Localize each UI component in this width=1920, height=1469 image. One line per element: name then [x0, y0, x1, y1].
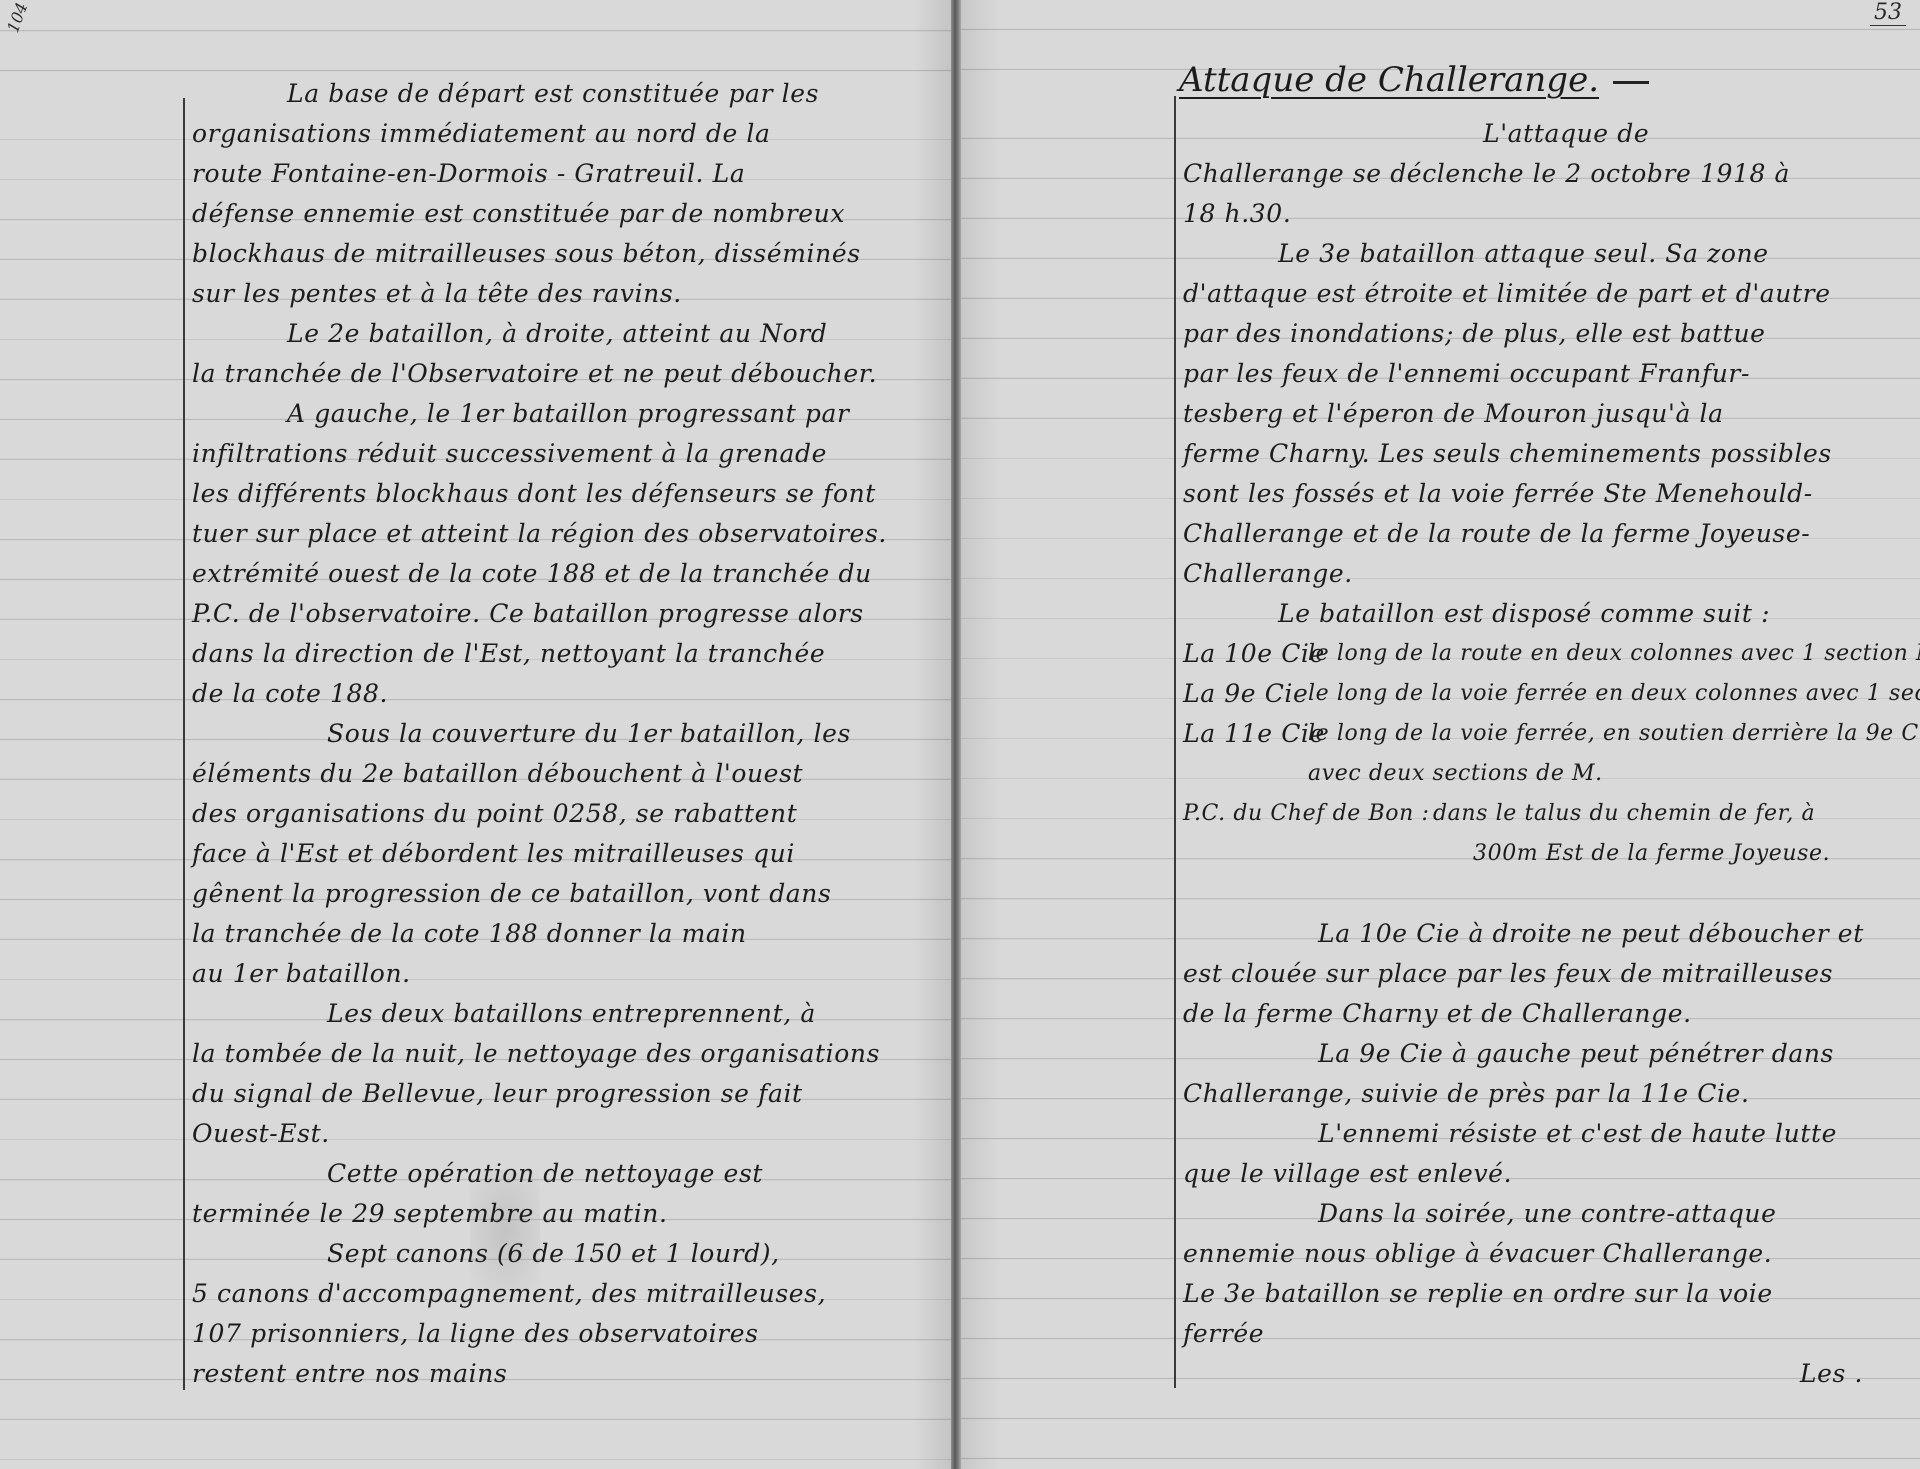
text-line: Le bataillon est disposé comme suit : — [1183, 594, 1903, 634]
text-line: que le village est enlevé. — [1183, 1154, 1903, 1194]
disposition-row: avec deux sections de M. — [1183, 754, 1903, 794]
text-line: ennemie nous oblige à évacuer Challerang… — [1183, 1234, 1903, 1274]
disposition-row: La 11e Ciele long de la voie ferrée, en … — [1183, 714, 1903, 754]
text-line: est clouée sur place par les feux de mit… — [1183, 954, 1903, 994]
disposition-row: La 9e Ciele long de la voie ferrée en de… — [1183, 674, 1903, 714]
text-line: de la cote 188. — [192, 674, 932, 714]
text-line: Le 2e bataillon, à droite, atteint au No… — [192, 314, 932, 354]
text-line: blockhaus de mitrailleuses sous béton, d… — [192, 234, 932, 274]
text-line: Cette opération de nettoyage est — [192, 1154, 932, 1194]
text-line: La 9e Cie à gauche peut pénétrer dans — [1183, 1034, 1903, 1074]
text-line: restent entre nos mains — [192, 1354, 932, 1394]
disposition-list: La 10e Ciele long de la route en deux co… — [1183, 634, 1903, 794]
text-line: tesberg et l'éperon de Mouron jusqu'à la — [1183, 394, 1903, 434]
text-line: la tranchée de l'Observatoire et ne peut… — [192, 354, 932, 394]
text-line: d'attaque est étroite et limitée de part… — [1183, 274, 1903, 314]
text-line: L'attaque de — [1183, 114, 1903, 154]
text-line: Ouest-Est. — [192, 1114, 932, 1154]
text-line — [1183, 874, 1903, 914]
text-line: Challerange, suivie de près par la 11e C… — [1183, 1074, 1903, 1114]
text-line: Challerange se déclenche le 2 octobre 19… — [1183, 154, 1903, 194]
text-line: route Fontaine-en-Dormois - Gratreuil. L… — [192, 154, 932, 194]
text-line: ferrée — [1183, 1314, 1903, 1354]
text-line: de la ferme Charny et de Challerange. — [1183, 994, 1903, 1034]
text-line: ferme Charny. Les seuls cheminements pos… — [1183, 434, 1903, 474]
pc-distance: 300m Est de la ferme Joyeuse. — [1433, 834, 1903, 874]
text-line: dans la direction de l'Est, nettoyant la… — [192, 634, 932, 674]
text-line: la tranchée de la cote 188 donner la mai… — [192, 914, 932, 954]
company-position: le long de la voie ferrée en deux colonn… — [1308, 674, 1920, 714]
text-line: 107 prisonniers, la ligne des observatoi… — [192, 1314, 932, 1354]
text-line: La base de départ est constituée par les — [192, 74, 932, 114]
text-line: au 1er bataillon. — [192, 954, 932, 994]
company-label: La 9e Cie — [1183, 674, 1308, 714]
text-line: La 10e Cie à droite ne peut déboucher et — [1183, 914, 1903, 954]
company-label: La 10e Cie — [1183, 634, 1308, 674]
margin-line — [183, 98, 185, 1390]
text-line: des organisations du point 0258, se raba… — [192, 794, 932, 834]
pc-row: 300m Est de la ferme Joyeuse. — [1183, 834, 1903, 874]
text-line: Challerange. — [1183, 554, 1903, 594]
text-line: sur les pentes et à la tête des ravins. — [192, 274, 932, 314]
text-line: infiltrations réduit successivement à la… — [192, 434, 932, 474]
text-line: Sous la couverture du 1er bataillon, les — [192, 714, 932, 754]
text-line: la tombée de la nuit, le nettoyage des o… — [192, 1034, 932, 1074]
text-line: Sept canons (6 de 150 et 1 lourd), — [192, 1234, 932, 1274]
handwritten-text: L'attaque deChallerange se déclenche le … — [1183, 114, 1903, 1394]
text-line: extrémité ouest de la cote 188 et de la … — [192, 554, 932, 594]
text-line: Dans la soirée, une contre-attaque — [1183, 1194, 1903, 1234]
text-line: gênent la progression de ce bataillon, v… — [192, 874, 932, 914]
handwritten-text: La base de départ est constituée par les… — [192, 74, 932, 1394]
text-line: sont les fossés et la voie ferrée Ste Me… — [1183, 474, 1903, 514]
text-line: L'ennemi résiste et c'est de haute lutte — [1183, 1114, 1903, 1154]
page-number: 53 — [1870, 0, 1906, 26]
outro-paragraphs: La 10e Cie à droite ne peut déboucher et… — [1183, 874, 1903, 1354]
company-position: avec deux sections de M. — [1308, 754, 1903, 794]
heading-dash — [1613, 81, 1649, 84]
text-line: Le 3e bataillon attaque seul. Sa zone — [1183, 234, 1903, 274]
text-line: les différents blockhaus dont les défens… — [192, 474, 932, 514]
text-line: P.C. de l'observatoire. Ce bataillon pro… — [192, 594, 932, 634]
text-line: Le 3e bataillon se replie en ordre sur l… — [1183, 1274, 1903, 1314]
company-label — [1183, 754, 1308, 794]
text-line: terminée le 29 septembre au matin. — [192, 1194, 932, 1234]
text-line: par les feux de l'ennemi occupant Franfu… — [1183, 354, 1903, 394]
catchword: Les . — [1183, 1354, 1903, 1394]
text-line: A gauche, le 1er bataillon progressant p… — [192, 394, 932, 434]
text-line: tuer sur place et atteint la région des … — [192, 514, 932, 554]
page-number: 104 — [3, 0, 31, 35]
company-label: La 11e Cie — [1183, 714, 1308, 754]
text-line: Les deux bataillons entreprennent, à — [192, 994, 932, 1034]
left-page: 104 La base de départ est constituée par… — [0, 0, 953, 1469]
text-line: organisations immédiatement au nord de l… — [192, 114, 932, 154]
text-line: 18 h.30. — [1183, 194, 1903, 234]
text-line: par des inondations; de plus, elle est b… — [1183, 314, 1903, 354]
pc-location: dans le talus du chemin de fer, à — [1433, 794, 1903, 834]
company-position: le long de la route en deux colonnes ave… — [1308, 634, 1920, 674]
pc-row: P.C. du Chef de Bon : dans le talus du c… — [1183, 794, 1903, 834]
text-line: éléments du 2e bataillon débouchent à l'… — [192, 754, 932, 794]
text-line: défense ennemie est constituée par de no… — [192, 194, 932, 234]
pc-label: P.C. du Chef de Bon : — [1183, 794, 1433, 834]
text-line: Challerange et de la route de la ferme J… — [1183, 514, 1903, 554]
section-heading: Attaque de Challerange. — [1179, 58, 1649, 102]
right-page: 53 Attaque de Challerange. L'attaque deC… — [961, 0, 1920, 1469]
heading-text: Attaque de Challerange. — [1179, 60, 1599, 100]
text-line: face à l'Est et débordent les mitrailleu… — [192, 834, 932, 874]
disposition-row: La 10e Ciele long de la route en deux co… — [1183, 634, 1903, 674]
margin-line — [1174, 96, 1176, 1388]
intro-paragraphs: L'attaque deChallerange se déclenche le … — [1183, 114, 1903, 634]
company-position: le long de la voie ferrée, en soutien de… — [1308, 714, 1920, 754]
text-line: 5 canons d'accompagnement, des mitraille… — [192, 1274, 932, 1314]
book-gutter — [951, 0, 961, 1469]
text-line: du signal de Bellevue, leur progression … — [192, 1074, 932, 1114]
